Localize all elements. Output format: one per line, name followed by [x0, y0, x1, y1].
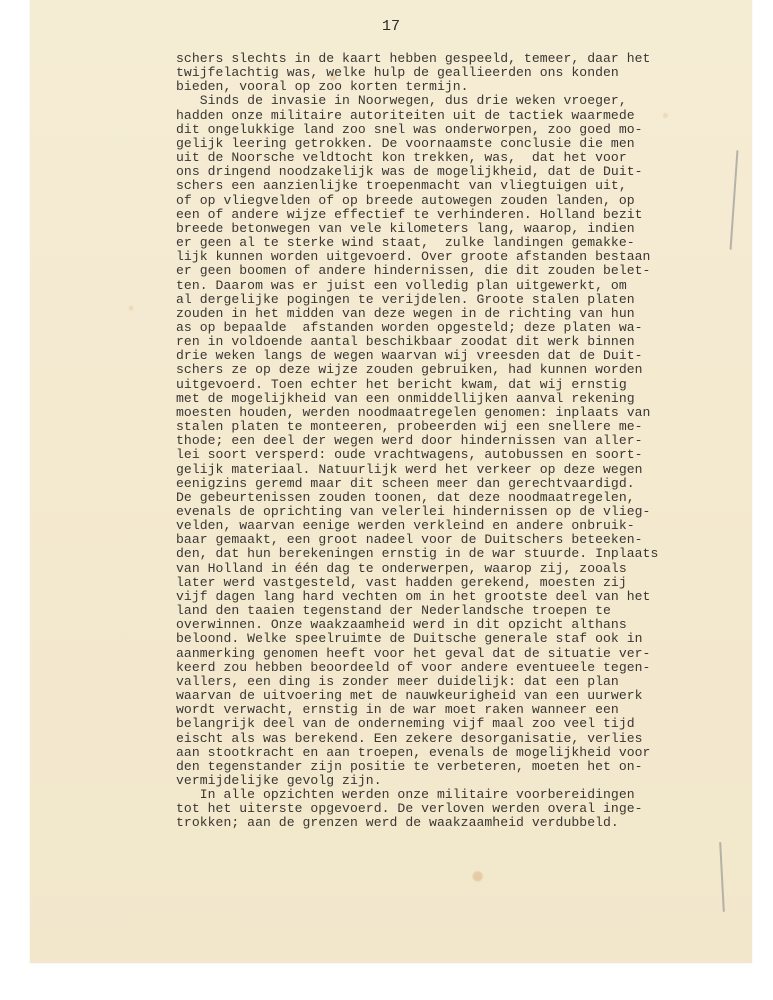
text-line: al dergelijke pogingen te verijdelen. Gr… [176, 293, 736, 307]
page-number: 17 [30, 18, 752, 35]
text-line: schers een aanzienlijke troepenmacht van… [176, 179, 736, 193]
text-line: thode; een deel der wegen werd door hind… [176, 434, 736, 448]
text-line: land den taaien tegenstand der Nederland… [176, 604, 736, 618]
text-line: er geen al te sterke wind staat, zulke l… [176, 236, 736, 250]
text-line: hadden onze militaire autoriteiten uit d… [176, 109, 736, 123]
text-line: belangrijk deel van de onderneming vijf … [176, 717, 736, 731]
text-line: drie weken langs de wegen waarvan wij vr… [176, 349, 736, 363]
text-line: vallers, een ding is zonder meer duideli… [176, 675, 736, 689]
text-line: De gebeurtenissen zouden toonen, dat dez… [176, 491, 736, 505]
text-line: den tegenstander zijn positie te verbete… [176, 760, 736, 774]
text-line: schers ze op deze wijze zouden gebruiken… [176, 363, 736, 377]
text-line: baar gemaakt, een groot nadeel voor de D… [176, 533, 736, 547]
text-line: met de mogelijkheid van een onmiddellijk… [176, 392, 736, 406]
text-line: uit de Noorsche veldtocht kon trekken, w… [176, 151, 736, 165]
text-line: lijk kunnen worden uitgevoerd. Over groo… [176, 250, 736, 264]
text-line: den, dat hun berekeningen ernstig in de … [176, 547, 736, 561]
text-line: van Holland in één dag te onderwerpen, w… [176, 562, 736, 576]
text-line: evenals de oprichting van velerlei hinde… [176, 505, 736, 519]
text-line: twijfelachtig was, welke hulp de geallie… [176, 66, 736, 80]
text-line: er geen boomen of andere hindernissen, d… [176, 264, 736, 278]
text-line: bieden, vooral op zoo korten termijn. [176, 80, 736, 94]
text-line: ren in voldoende aantal beschikbaar zood… [176, 335, 736, 349]
text-line: vijf dagen lang hard vechten om in het g… [176, 590, 736, 604]
text-line: of op vliegvelden of op breede autowegen… [176, 194, 736, 208]
text-line: keerd zou hebben beoordeeld of voor ande… [176, 661, 736, 675]
text-line: trokken; aan de grenzen werd de waakzaam… [176, 816, 736, 830]
text-line: moesten houden, werden noodmaatregelen g… [176, 406, 736, 420]
text-line: vermijdelijke gevolg zijn. [176, 774, 736, 788]
text-line: uitgevoerd. Toen echter het bericht kwam… [176, 378, 736, 392]
text-line: breede betonwegen van vele kilometers la… [176, 222, 736, 236]
text-line: gelijk materiaal. Natuurlijk werd het ve… [176, 463, 736, 477]
text-line: zouden in het midden van deze wegen in d… [176, 307, 736, 321]
text-line: wordt verwacht, ernstig in de war moet r… [176, 703, 736, 717]
text-line: schers slechts in de kaart hebben gespee… [176, 52, 736, 66]
text-line: as op bepaalde afstanden worden opgestel… [176, 321, 736, 335]
text-line: In alle opzichten werden onze militaire … [176, 788, 736, 802]
text-line: velden, waarvan eenige werden verkleind … [176, 519, 736, 533]
text-line: een of andere wijze effectief te verhind… [176, 208, 736, 222]
text-line: aan stootkracht en aan troepen, evenals … [176, 746, 736, 760]
text-line: eenigzins geremd maar dit scheen meer da… [176, 477, 736, 491]
typewritten-page: 17 schers slechts in de kaart hebben ges… [30, 0, 752, 963]
text-line: Sinds de invasie in Noorwegen, dus drie … [176, 94, 736, 108]
text-line: ons dringend noodzakelijk was de mogelij… [176, 165, 736, 179]
text-line: overwinnen. Onze waakzaamheid werd in di… [176, 618, 736, 632]
text-line: gelijk leering getrokken. De voornaamste… [176, 137, 736, 151]
text-line: dit ongelukkige land zoo snel was onderw… [176, 123, 736, 137]
pencil-margin-mark [719, 842, 725, 912]
text-line: stalen platen te monteeren, probeerden w… [176, 420, 736, 434]
text-line: ten. Daarom was er juist een volledig pl… [176, 279, 736, 293]
text-line: aanmerking genomen heeft voor het geval … [176, 647, 736, 661]
text-line: tot het uiterste opgevoerd. De verloven … [176, 802, 736, 816]
text-line: waarvan de uitvoering met de nauwkeurigh… [176, 689, 736, 703]
text-line: later werd vastgesteld, vast hadden gere… [176, 576, 736, 590]
body-text: schers slechts in de kaart hebben gespee… [176, 52, 736, 831]
text-line: lei soort versperd: oude vrachtwagens, a… [176, 448, 736, 462]
text-line: beloond. Welke speelruimte de Duitsche g… [176, 632, 736, 646]
text-line: eischt als was berekend. Een zekere deso… [176, 732, 736, 746]
